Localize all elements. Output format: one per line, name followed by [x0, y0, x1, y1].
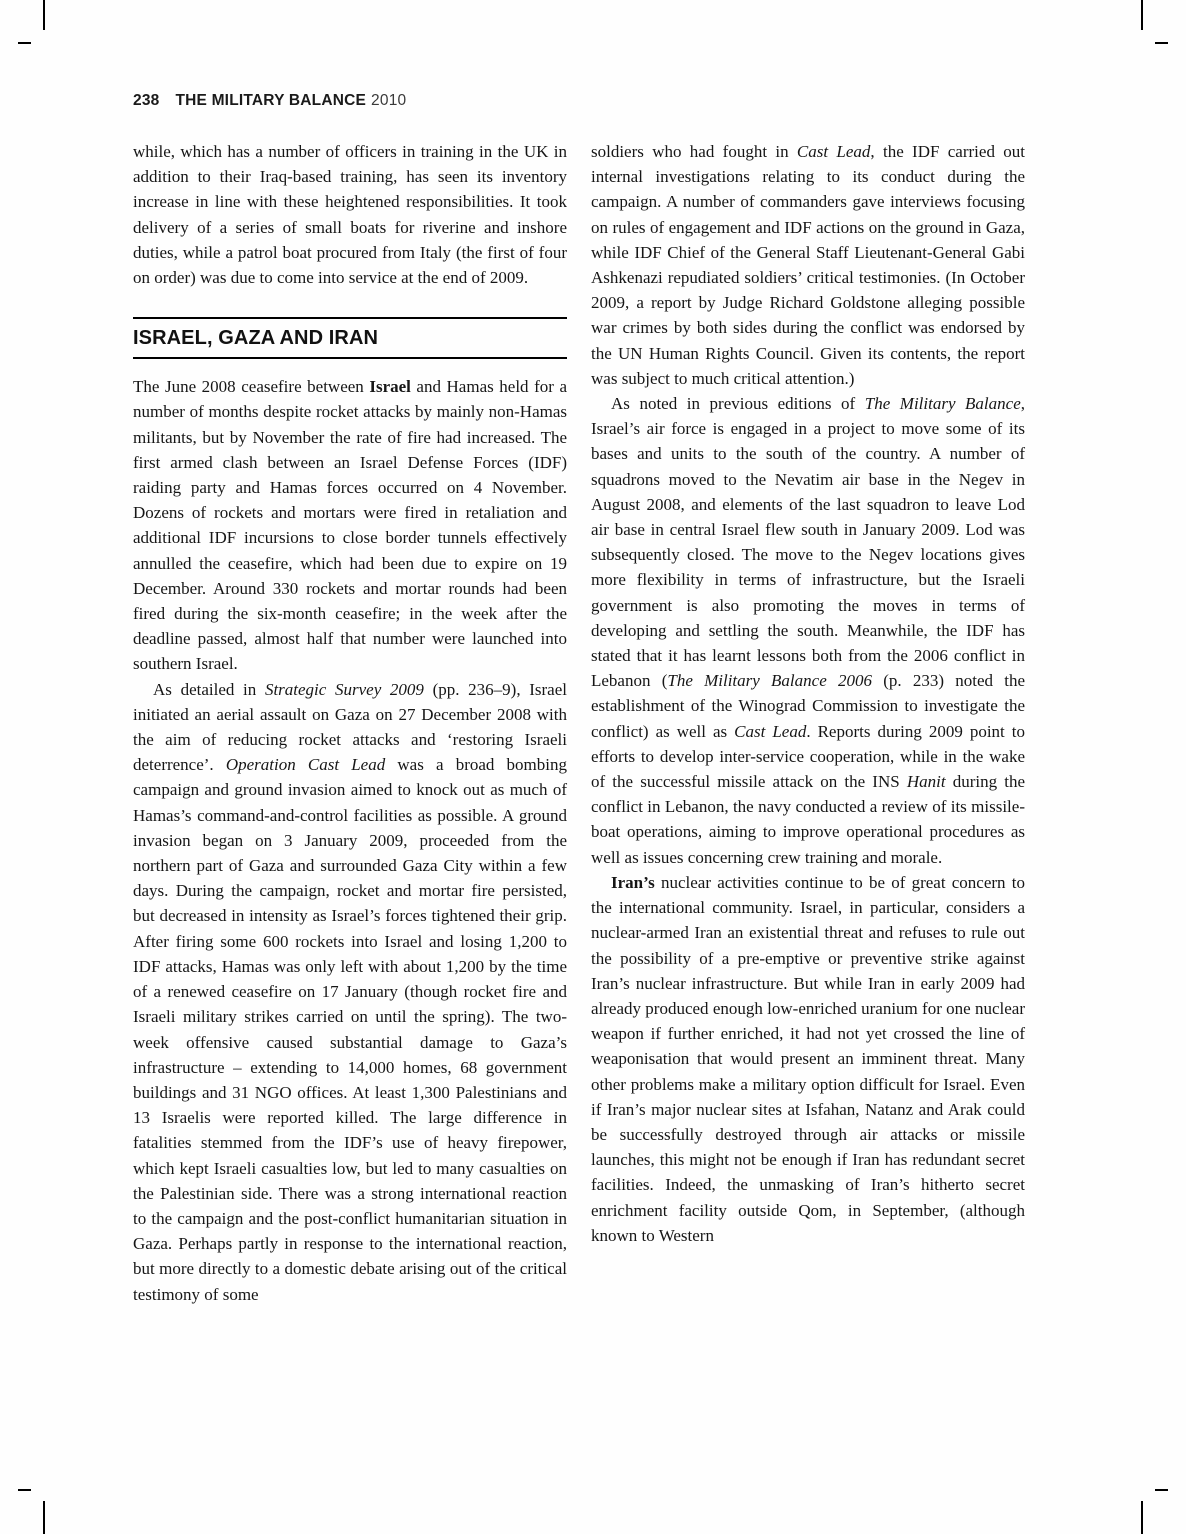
crop-mark-top-left-vertical: [43, 0, 45, 30]
text-run: The Military Balance 2006: [667, 671, 872, 690]
text-run: , the IDF carried out internal investiga…: [591, 142, 1025, 388]
crop-mark-top-left-horizontal: [18, 42, 31, 44]
book-title: THE MILITARY BALANCE: [175, 92, 366, 109]
text-run: Hanit: [907, 772, 946, 791]
paragraph: As noted in previous editions of The Mil…: [591, 391, 1025, 870]
two-column-text-block: while, which has a number of officers in…: [133, 139, 1025, 1307]
paragraph: As detailed in Strategic Survey 2009 (pp…: [133, 677, 567, 1307]
text-run: As noted in previous editions of: [611, 394, 865, 413]
text-run: Cast Lead: [797, 142, 871, 161]
text-run: Israel: [369, 377, 411, 396]
text-run: Cast Lead: [734, 722, 806, 741]
text-run: nuclear activities continue to be of gre…: [591, 873, 1025, 1245]
paragraph: Iran’s nuclear activities continue to be…: [591, 870, 1025, 1248]
text-run: Operation Cast Lead: [226, 755, 385, 774]
text-run: As detailed in: [153, 680, 265, 699]
section-heading-block: ISRAEL, GAZA AND IRAN: [133, 317, 567, 359]
edition-year: 2010: [371, 92, 406, 109]
book-page: 238THE MILITARY BALANCE2010 while, which…: [0, 0, 1186, 1534]
running-header: 238THE MILITARY BALANCE2010: [133, 92, 406, 110]
text-run: The June 2008 ceasefire between: [133, 377, 369, 396]
paragraph-continuation: while, which has a number of officers in…: [133, 139, 567, 290]
crop-mark-bottom-left-vertical: [43, 1501, 45, 1534]
right-column: soldiers who had fought in Cast Lead, th…: [591, 139, 1025, 1307]
text-run: soldiers who had fought in: [591, 142, 797, 161]
page-number: 238: [133, 92, 159, 109]
crop-mark-top-right-horizontal: [1155, 42, 1168, 44]
text-run: Iran’s: [611, 873, 655, 892]
crop-mark-bottom-right-horizontal: [1155, 1489, 1168, 1491]
text-run: Strategic Survey 2009: [265, 680, 424, 699]
text-run: and Hamas held for a number of months de…: [133, 377, 567, 673]
text-run: The Military Balance: [865, 394, 1021, 413]
text-run: while, which has a number of officers in…: [133, 142, 567, 287]
crop-mark-bottom-left-horizontal: [18, 1489, 31, 1491]
section-heading: ISRAEL, GAZA AND IRAN: [133, 325, 567, 351]
crop-mark-bottom-right-vertical: [1141, 1501, 1143, 1534]
paragraph-continuation: soldiers who had fought in Cast Lead, th…: [591, 139, 1025, 391]
paragraph: The June 2008 ceasefire between Israel a…: [133, 374, 567, 676]
text-run: , Israel’s air force is engaged in a pro…: [591, 394, 1025, 690]
text-run: was a broad bombing campaign and ground …: [133, 755, 567, 1303]
left-column: while, which has a number of officers in…: [133, 139, 567, 1307]
crop-mark-top-right-vertical: [1141, 0, 1143, 30]
